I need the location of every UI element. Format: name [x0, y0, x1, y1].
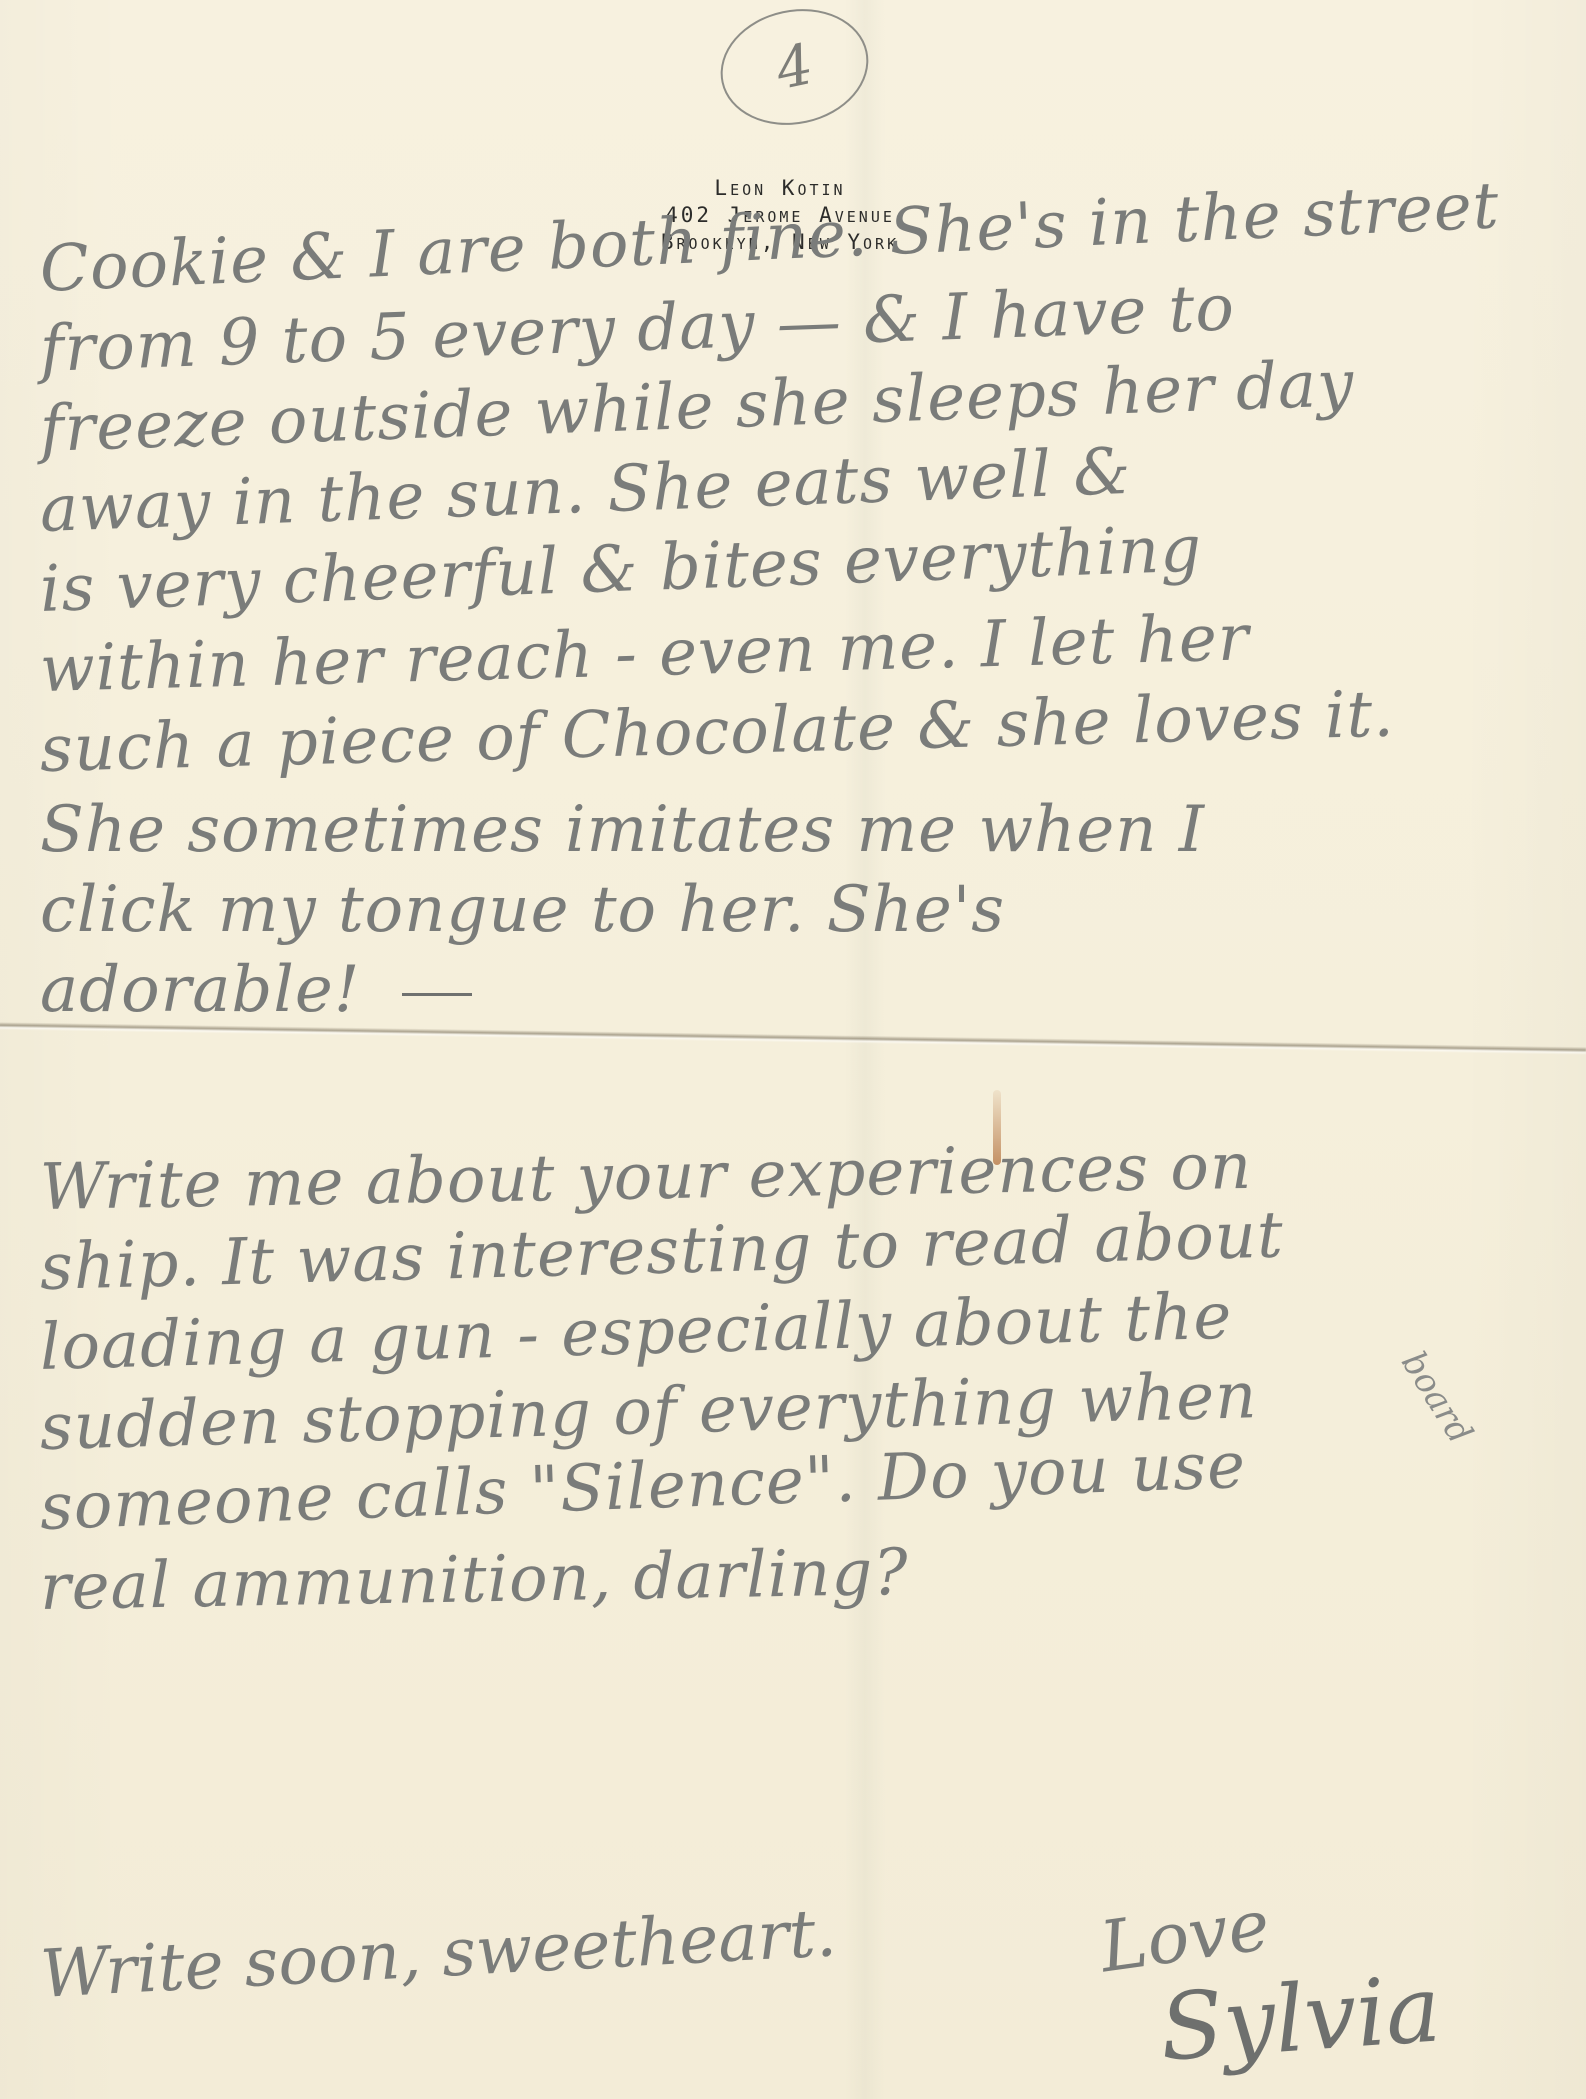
dash-mark: [402, 993, 472, 996]
body-line: She sometimes imitates me when I: [40, 790, 1540, 870]
body-line-last: adorable!: [40, 950, 1540, 1030]
body-line-text: adorable!: [40, 953, 360, 1027]
page-number-text: 4: [770, 32, 818, 103]
closing: Write soon, sweetheart. Love Sylvia: [40, 1895, 1560, 2095]
letter-body: Cookie & I are both fine. She's in the s…: [40, 230, 1540, 1628]
signature: Sylvia: [1157, 1955, 1444, 2081]
closing-text: Write soon, sweetheart.: [39, 1894, 839, 2013]
letter-paper: 4 Leon Kotin 402 Jerome Avenue Brooklyn,…: [0, 0, 1586, 2099]
body-line: click my tongue to her. She's: [40, 870, 1540, 950]
